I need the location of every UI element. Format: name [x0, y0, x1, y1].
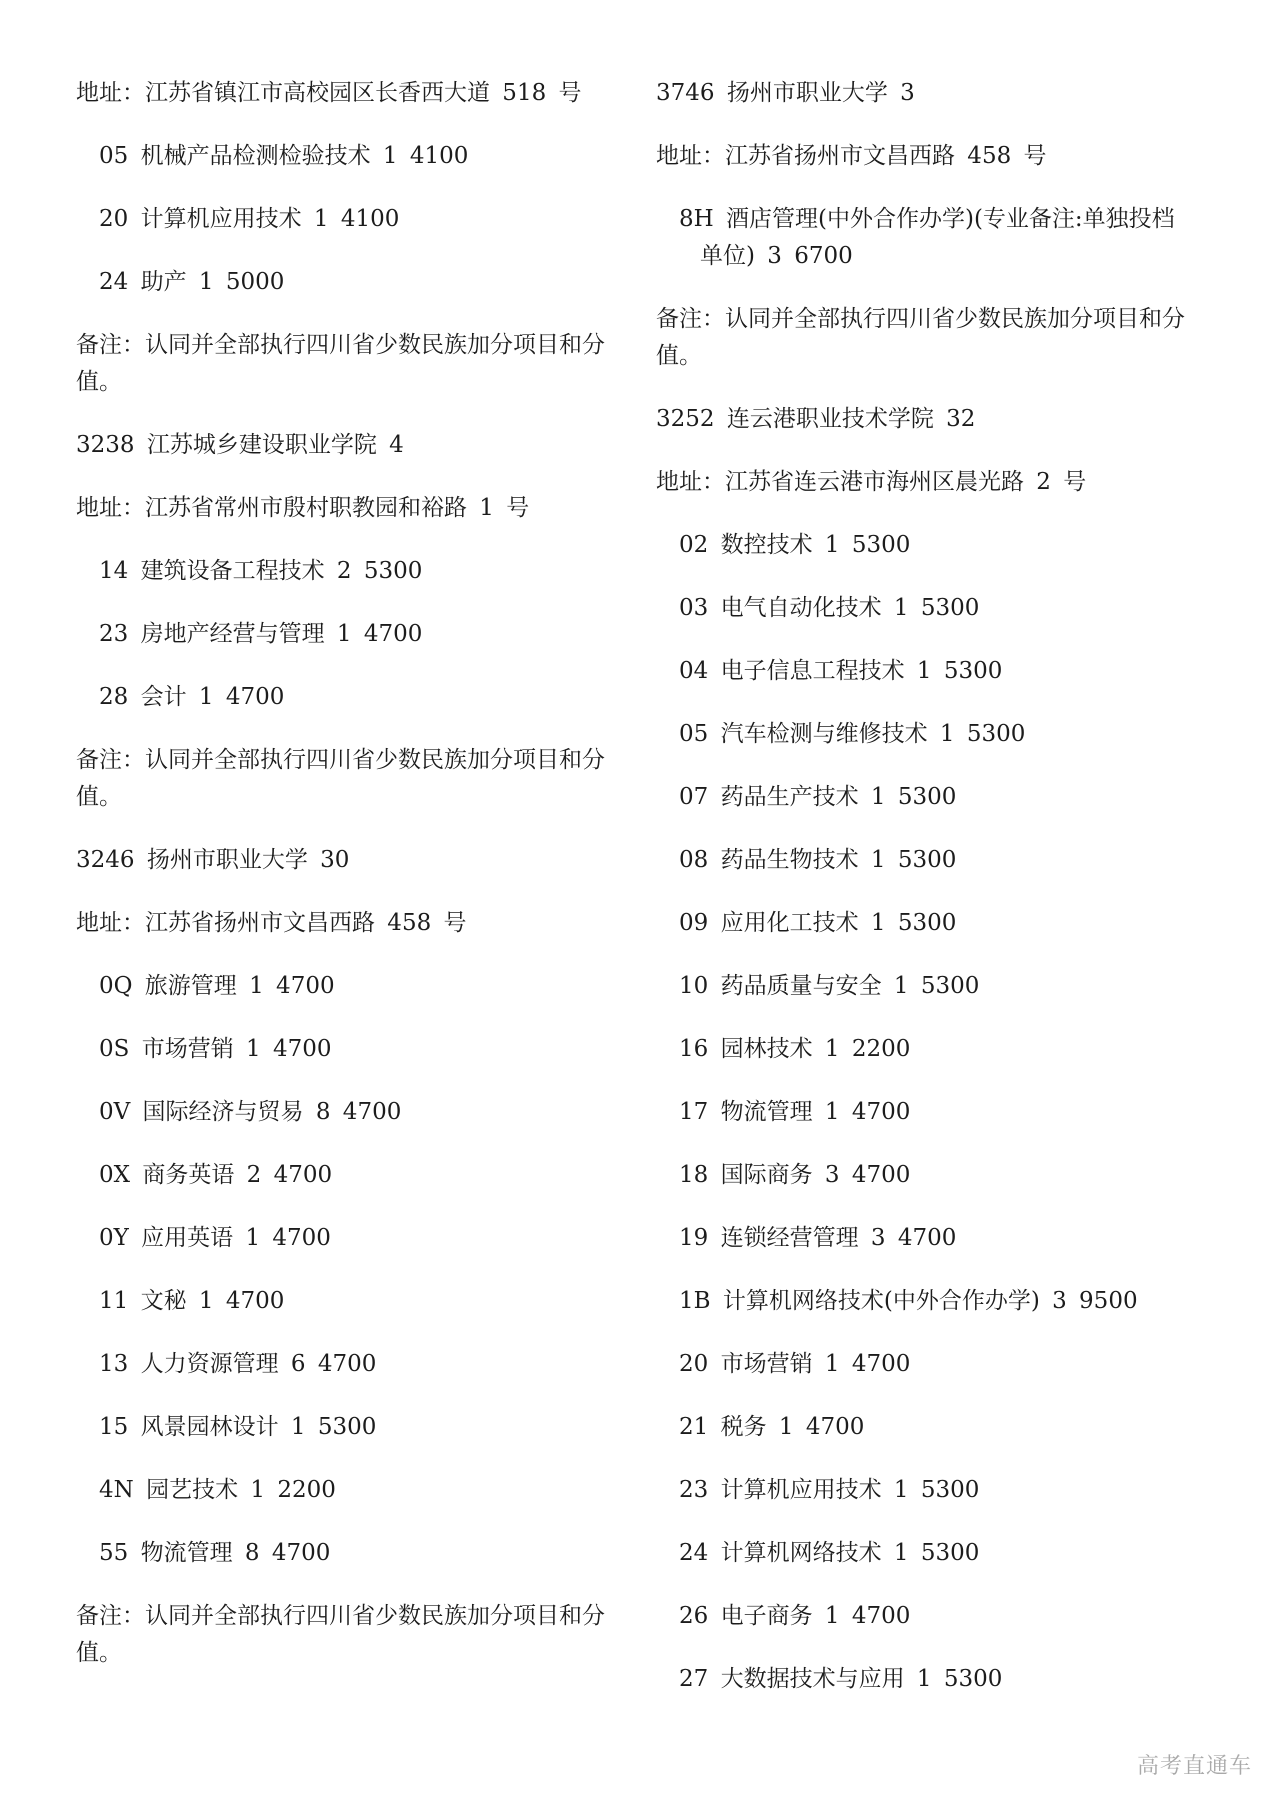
- text-line: 19 连锁经营管理 3 4700: [656, 1223, 1256, 1253]
- major-entry: 20 计算机应用技术 1 4100: [76, 204, 676, 234]
- text-line: 21 税务 1 4700: [656, 1412, 1256, 1442]
- major-entry: 55 物流管理 8 4700: [76, 1538, 676, 1568]
- text-line: 3252 连云港职业技术学院 32: [656, 404, 1256, 434]
- left-column: 地址：江苏省镇江市高校园区长香西大道 518 号05 机械产品检测检验技术 1 …: [76, 78, 676, 1701]
- major-entry: 07 药品生产技术 1 5300: [656, 782, 1256, 812]
- text-line: 15 风景园林设计 1 5300: [76, 1412, 676, 1442]
- major-entry: 8H 酒店管理(中外合作办学)(专业备注:单独投档单位) 3 6700: [656, 204, 1256, 271]
- text-line: 05 汽车检测与维修技术 1 5300: [656, 719, 1256, 749]
- text-line: 03 电气自动化技术 1 5300: [656, 593, 1256, 623]
- text-line: 24 计算机网络技术 1 5300: [656, 1538, 1256, 1568]
- school-entry: 3246 扬州市职业大学 30: [76, 845, 676, 875]
- major-entry: 08 药品生物技术 1 5300: [656, 845, 1256, 875]
- major-entry: 0Y 应用英语 1 4700: [76, 1223, 676, 1253]
- major-entry: 02 数控技术 1 5300: [656, 530, 1256, 560]
- major-entry: 05 汽车检测与维修技术 1 5300: [656, 719, 1256, 749]
- major-entry: 28 会计 1 4700: [76, 682, 676, 712]
- address-entry: 地址：江苏省镇江市高校园区长香西大道 518 号: [76, 78, 676, 108]
- text-line: 13 人力资源管理 6 4700: [76, 1349, 676, 1379]
- major-entry: 23 房地产经营与管理 1 4700: [76, 619, 676, 649]
- address-entry: 地址：江苏省常州市殷村职教园和裕路 1 号: [76, 493, 676, 523]
- major-entry: 24 计算机网络技术 1 5300: [656, 1538, 1256, 1568]
- text-line: 11 文秘 1 4700: [76, 1286, 676, 1316]
- major-entry: 0X 商务英语 2 4700: [76, 1160, 676, 1190]
- major-entry: 18 国际商务 3 4700: [656, 1160, 1256, 1190]
- text-line: 单位) 3 6700: [656, 241, 1256, 271]
- note-entry: 备注：认同并全部执行四川省少数民族加分项目和分值。: [76, 330, 676, 397]
- note-entry: 备注：认同并全部执行四川省少数民族加分项目和分值。: [656, 304, 1256, 371]
- text-line: 23 计算机应用技术 1 5300: [656, 1475, 1256, 1505]
- text-line: 3246 扬州市职业大学 30: [76, 845, 676, 875]
- text-line: 3746 扬州市职业大学 3: [656, 78, 1256, 108]
- text-line: 0Y 应用英语 1 4700: [76, 1223, 676, 1253]
- text-line: 值。: [76, 1638, 676, 1668]
- major-entry: 27 大数据技术与应用 1 5300: [656, 1664, 1256, 1694]
- text-line: 23 房地产经营与管理 1 4700: [76, 619, 676, 649]
- text-line: 备注：认同并全部执行四川省少数民族加分项目和分: [76, 1601, 676, 1631]
- major-entry: 4N 园艺技术 1 2200: [76, 1475, 676, 1505]
- address-entry: 地址：江苏省扬州市文昌西路 458 号: [76, 908, 676, 938]
- text-line: 04 电子信息工程技术 1 5300: [656, 656, 1256, 686]
- text-line: 14 建筑设备工程技术 2 5300: [76, 556, 676, 586]
- text-line: 02 数控技术 1 5300: [656, 530, 1256, 560]
- text-line: 26 电子商务 1 4700: [656, 1601, 1256, 1631]
- text-line: 4N 园艺技术 1 2200: [76, 1475, 676, 1505]
- note-entry: 备注：认同并全部执行四川省少数民族加分项目和分值。: [76, 745, 676, 812]
- address-entry: 地址：江苏省扬州市文昌西路 458 号: [656, 141, 1256, 171]
- text-line: 0X 商务英语 2 4700: [76, 1160, 676, 1190]
- school-entry: 3252 连云港职业技术学院 32: [656, 404, 1256, 434]
- major-entry: 1B 计算机网络技术(中外合作办学) 3 9500: [656, 1286, 1256, 1316]
- major-entry: 23 计算机应用技术 1 5300: [656, 1475, 1256, 1505]
- text-line: 08 药品生物技术 1 5300: [656, 845, 1256, 875]
- major-entry: 10 药品质量与安全 1 5300: [656, 971, 1256, 1001]
- major-entry: 17 物流管理 1 4700: [656, 1097, 1256, 1127]
- text-line: 20 计算机应用技术 1 4100: [76, 204, 676, 234]
- text-line: 值。: [76, 367, 676, 397]
- text-line: 备注：认同并全部执行四川省少数民族加分项目和分: [656, 304, 1256, 334]
- major-entry: 11 文秘 1 4700: [76, 1286, 676, 1316]
- major-entry: 03 电气自动化技术 1 5300: [656, 593, 1256, 623]
- major-entry: 09 应用化工技术 1 5300: [656, 908, 1256, 938]
- major-entry: 15 风景园林设计 1 5300: [76, 1412, 676, 1442]
- text-line: 备注：认同并全部执行四川省少数民族加分项目和分: [76, 745, 676, 775]
- text-line: 备注：认同并全部执行四川省少数民族加分项目和分: [76, 330, 676, 360]
- text-line: 07 药品生产技术 1 5300: [656, 782, 1256, 812]
- major-entry: 24 助产 1 5000: [76, 267, 676, 297]
- text-line: 09 应用化工技术 1 5300: [656, 908, 1256, 938]
- text-line: 20 市场营销 1 4700: [656, 1349, 1256, 1379]
- text-line: 18 国际商务 3 4700: [656, 1160, 1256, 1190]
- major-entry: 20 市场营销 1 4700: [656, 1349, 1256, 1379]
- text-line: 0S 市场营销 1 4700: [76, 1034, 676, 1064]
- text-line: 1B 计算机网络技术(中外合作办学) 3 9500: [656, 1286, 1256, 1316]
- major-entry: 21 税务 1 4700: [656, 1412, 1256, 1442]
- text-line: 27 大数据技术与应用 1 5300: [656, 1664, 1256, 1694]
- text-line: 0Q 旅游管理 1 4700: [76, 971, 676, 1001]
- text-line: 24 助产 1 5000: [76, 267, 676, 297]
- text-line: 17 物流管理 1 4700: [656, 1097, 1256, 1127]
- text-line: 05 机械产品检测检验技术 1 4100: [76, 141, 676, 171]
- note-entry: 备注：认同并全部执行四川省少数民族加分项目和分值。: [76, 1601, 676, 1668]
- text-line: 16 园林技术 1 2200: [656, 1034, 1256, 1064]
- text-line: 值。: [76, 782, 676, 812]
- major-entry: 26 电子商务 1 4700: [656, 1601, 1256, 1631]
- major-entry: 0Q 旅游管理 1 4700: [76, 971, 676, 1001]
- text-line: 值。: [656, 341, 1256, 371]
- text-line: 地址：江苏省扬州市文昌西路 458 号: [76, 908, 676, 938]
- watermark: 高考直通车: [1137, 1755, 1252, 1779]
- text-line: 8H 酒店管理(中外合作办学)(专业备注:单独投档: [656, 204, 1256, 234]
- text-line: 0V 国际经济与贸易 8 4700: [76, 1097, 676, 1127]
- school-entry: 3746 扬州市职业大学 3: [656, 78, 1256, 108]
- major-entry: 0S 市场营销 1 4700: [76, 1034, 676, 1064]
- right-column: 3746 扬州市职业大学 3地址：江苏省扬州市文昌西路 458 号8H 酒店管理…: [656, 78, 1256, 1727]
- document-page: 地址：江苏省镇江市高校园区长香西大道 518 号05 机械产品检测检验技术 1 …: [0, 0, 1280, 1810]
- text-line: 地址：江苏省镇江市高校园区长香西大道 518 号: [76, 78, 676, 108]
- major-entry: 0V 国际经济与贸易 8 4700: [76, 1097, 676, 1127]
- major-entry: 05 机械产品检测检验技术 1 4100: [76, 141, 676, 171]
- text-line: 10 药品质量与安全 1 5300: [656, 971, 1256, 1001]
- major-entry: 16 园林技术 1 2200: [656, 1034, 1256, 1064]
- major-entry: 14 建筑设备工程技术 2 5300: [76, 556, 676, 586]
- school-entry: 3238 江苏城乡建设职业学院 4: [76, 430, 676, 460]
- text-line: 55 物流管理 8 4700: [76, 1538, 676, 1568]
- major-entry: 04 电子信息工程技术 1 5300: [656, 656, 1256, 686]
- major-entry: 19 连锁经营管理 3 4700: [656, 1223, 1256, 1253]
- text-line: 地址：江苏省常州市殷村职教园和裕路 1 号: [76, 493, 676, 523]
- address-entry: 地址：江苏省连云港市海州区晨光路 2 号: [656, 467, 1256, 497]
- major-entry: 13 人力资源管理 6 4700: [76, 1349, 676, 1379]
- text-line: 3238 江苏城乡建设职业学院 4: [76, 430, 676, 460]
- text-line: 28 会计 1 4700: [76, 682, 676, 712]
- text-line: 地址：江苏省连云港市海州区晨光路 2 号: [656, 467, 1256, 497]
- text-line: 地址：江苏省扬州市文昌西路 458 号: [656, 141, 1256, 171]
